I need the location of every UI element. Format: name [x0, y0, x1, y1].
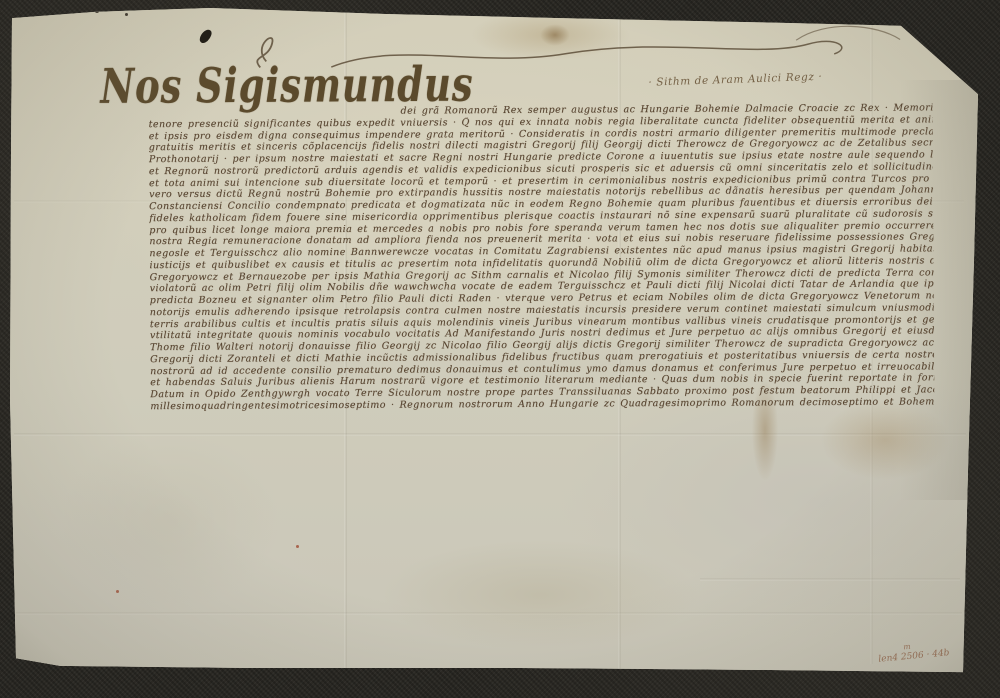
charter-body-text: dei grã Romanorũ Rex semper augustus ac … [149, 102, 935, 412]
parchment-charter: Nos Sigismundus · Sithm de Aram Aulici R… [0, 0, 1000, 698]
manuscript-content: Nos Sigismundus · Sithm de Aram Aulici R… [0, 0, 1000, 698]
photo-background: Nos Sigismundus · Sithm de Aram Aulici R… [0, 0, 1000, 698]
chancery-note: · Sithm de Aram Aulici Regz · [648, 68, 908, 89]
shelfmark-suffix: · 44b [926, 648, 950, 660]
ink-blot [198, 28, 214, 45]
archival-shelfmark: m len4 2506 · 44b [877, 638, 950, 665]
